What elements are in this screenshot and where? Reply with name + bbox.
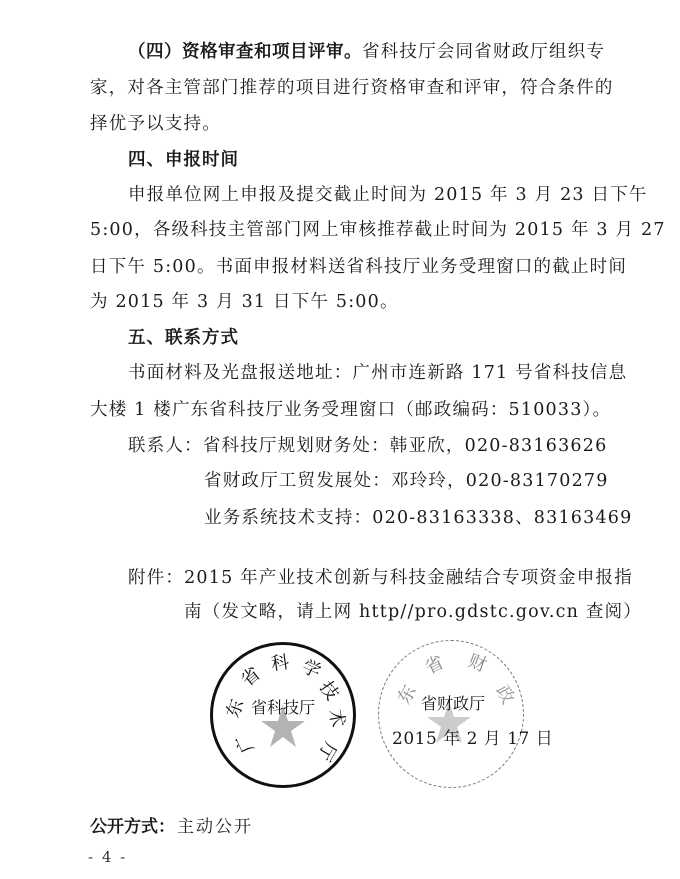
- contact-line-2: 省财政厅工贸发展处：邓玲玲，020-83170279: [204, 469, 609, 493]
- contact-line-1: 联系人：省科技厅规划财务处：韩亚欣，020-83163626: [128, 434, 607, 458]
- contact-label: 联系人：: [128, 436, 203, 456]
- stamp-science-tech-dept: 东 广 省 科 学 技 术 厅 省科技厅: [210, 642, 356, 788]
- section-heading-time: 四、申报时间: [128, 148, 239, 172]
- subsection-4-line-3: 择优予以支持。: [90, 112, 221, 136]
- disclosure-value: 主动公开: [177, 817, 253, 837]
- contact-line-3: 业务系统技术支持：020-83163338、83163469: [204, 506, 632, 530]
- disclosure-label: 公开方式：: [90, 817, 175, 837]
- time-line-1: 申报单位网上申报及提交截止时间为 2015 年 3 月 23 日下午: [128, 183, 648, 207]
- stamp-star-icon: [379, 641, 523, 787]
- subsection-4-title: 资格审查和项目评审。: [182, 42, 362, 62]
- stamp-finance-dept: 东 省 财 政 省财政厅: [378, 640, 524, 788]
- address-line-1: 书面材料及光盘报送地址：广州市连新路 171 号省科技信息: [128, 361, 627, 385]
- subsection-4-line-2: 家，对各主管部门推荐的项目进行资格审查和评审，符合条件的: [90, 76, 614, 100]
- signing-date: 2015 年 2 月 17 日: [392, 724, 553, 749]
- stamp-left-center: 省科技厅: [251, 695, 315, 718]
- attachment-line-1: 附件：2015 年产业技术创新与科技金融结合专项资金申报指: [128, 566, 633, 590]
- subsection-4-text: 省科技厅会同省财政厅组织专: [362, 42, 605, 62]
- address-line-2: 大楼 1 楼广东省科技厅业务受理窗口（邮政编码：510033）。: [90, 398, 611, 422]
- time-line-4: 为 2015 年 3 月 31 日下午 5:00。: [90, 290, 399, 314]
- subsection-4-line-1: （四）资格审查和项目评审。省科技厅会同省财政厅组织专: [128, 40, 605, 64]
- contact-kjt: 省科技厅规划财务处：韩亚欣，020-83163626: [203, 436, 608, 456]
- stamp-right-center: 省财政厅: [421, 691, 485, 714]
- disclosure-line: 公开方式：主动公开: [90, 812, 253, 837]
- page-number: - 4 -: [88, 848, 127, 866]
- section-heading-contact: 五、联系方式: [128, 326, 239, 350]
- attachment-line-2: 南（发文略，请上网 http//pro.gdstc.gov.cn 查阅）: [184, 600, 642, 624]
- time-line-2: 5:00，各级科技主管部门网上审核推荐截止时间为 2015 年 3 月 27: [90, 218, 666, 242]
- subsection-4-label: （四）: [128, 42, 182, 62]
- time-line-3: 日下午 5:00。书面申报材料送省科技厅业务受理窗口的截止时间: [90, 255, 627, 279]
